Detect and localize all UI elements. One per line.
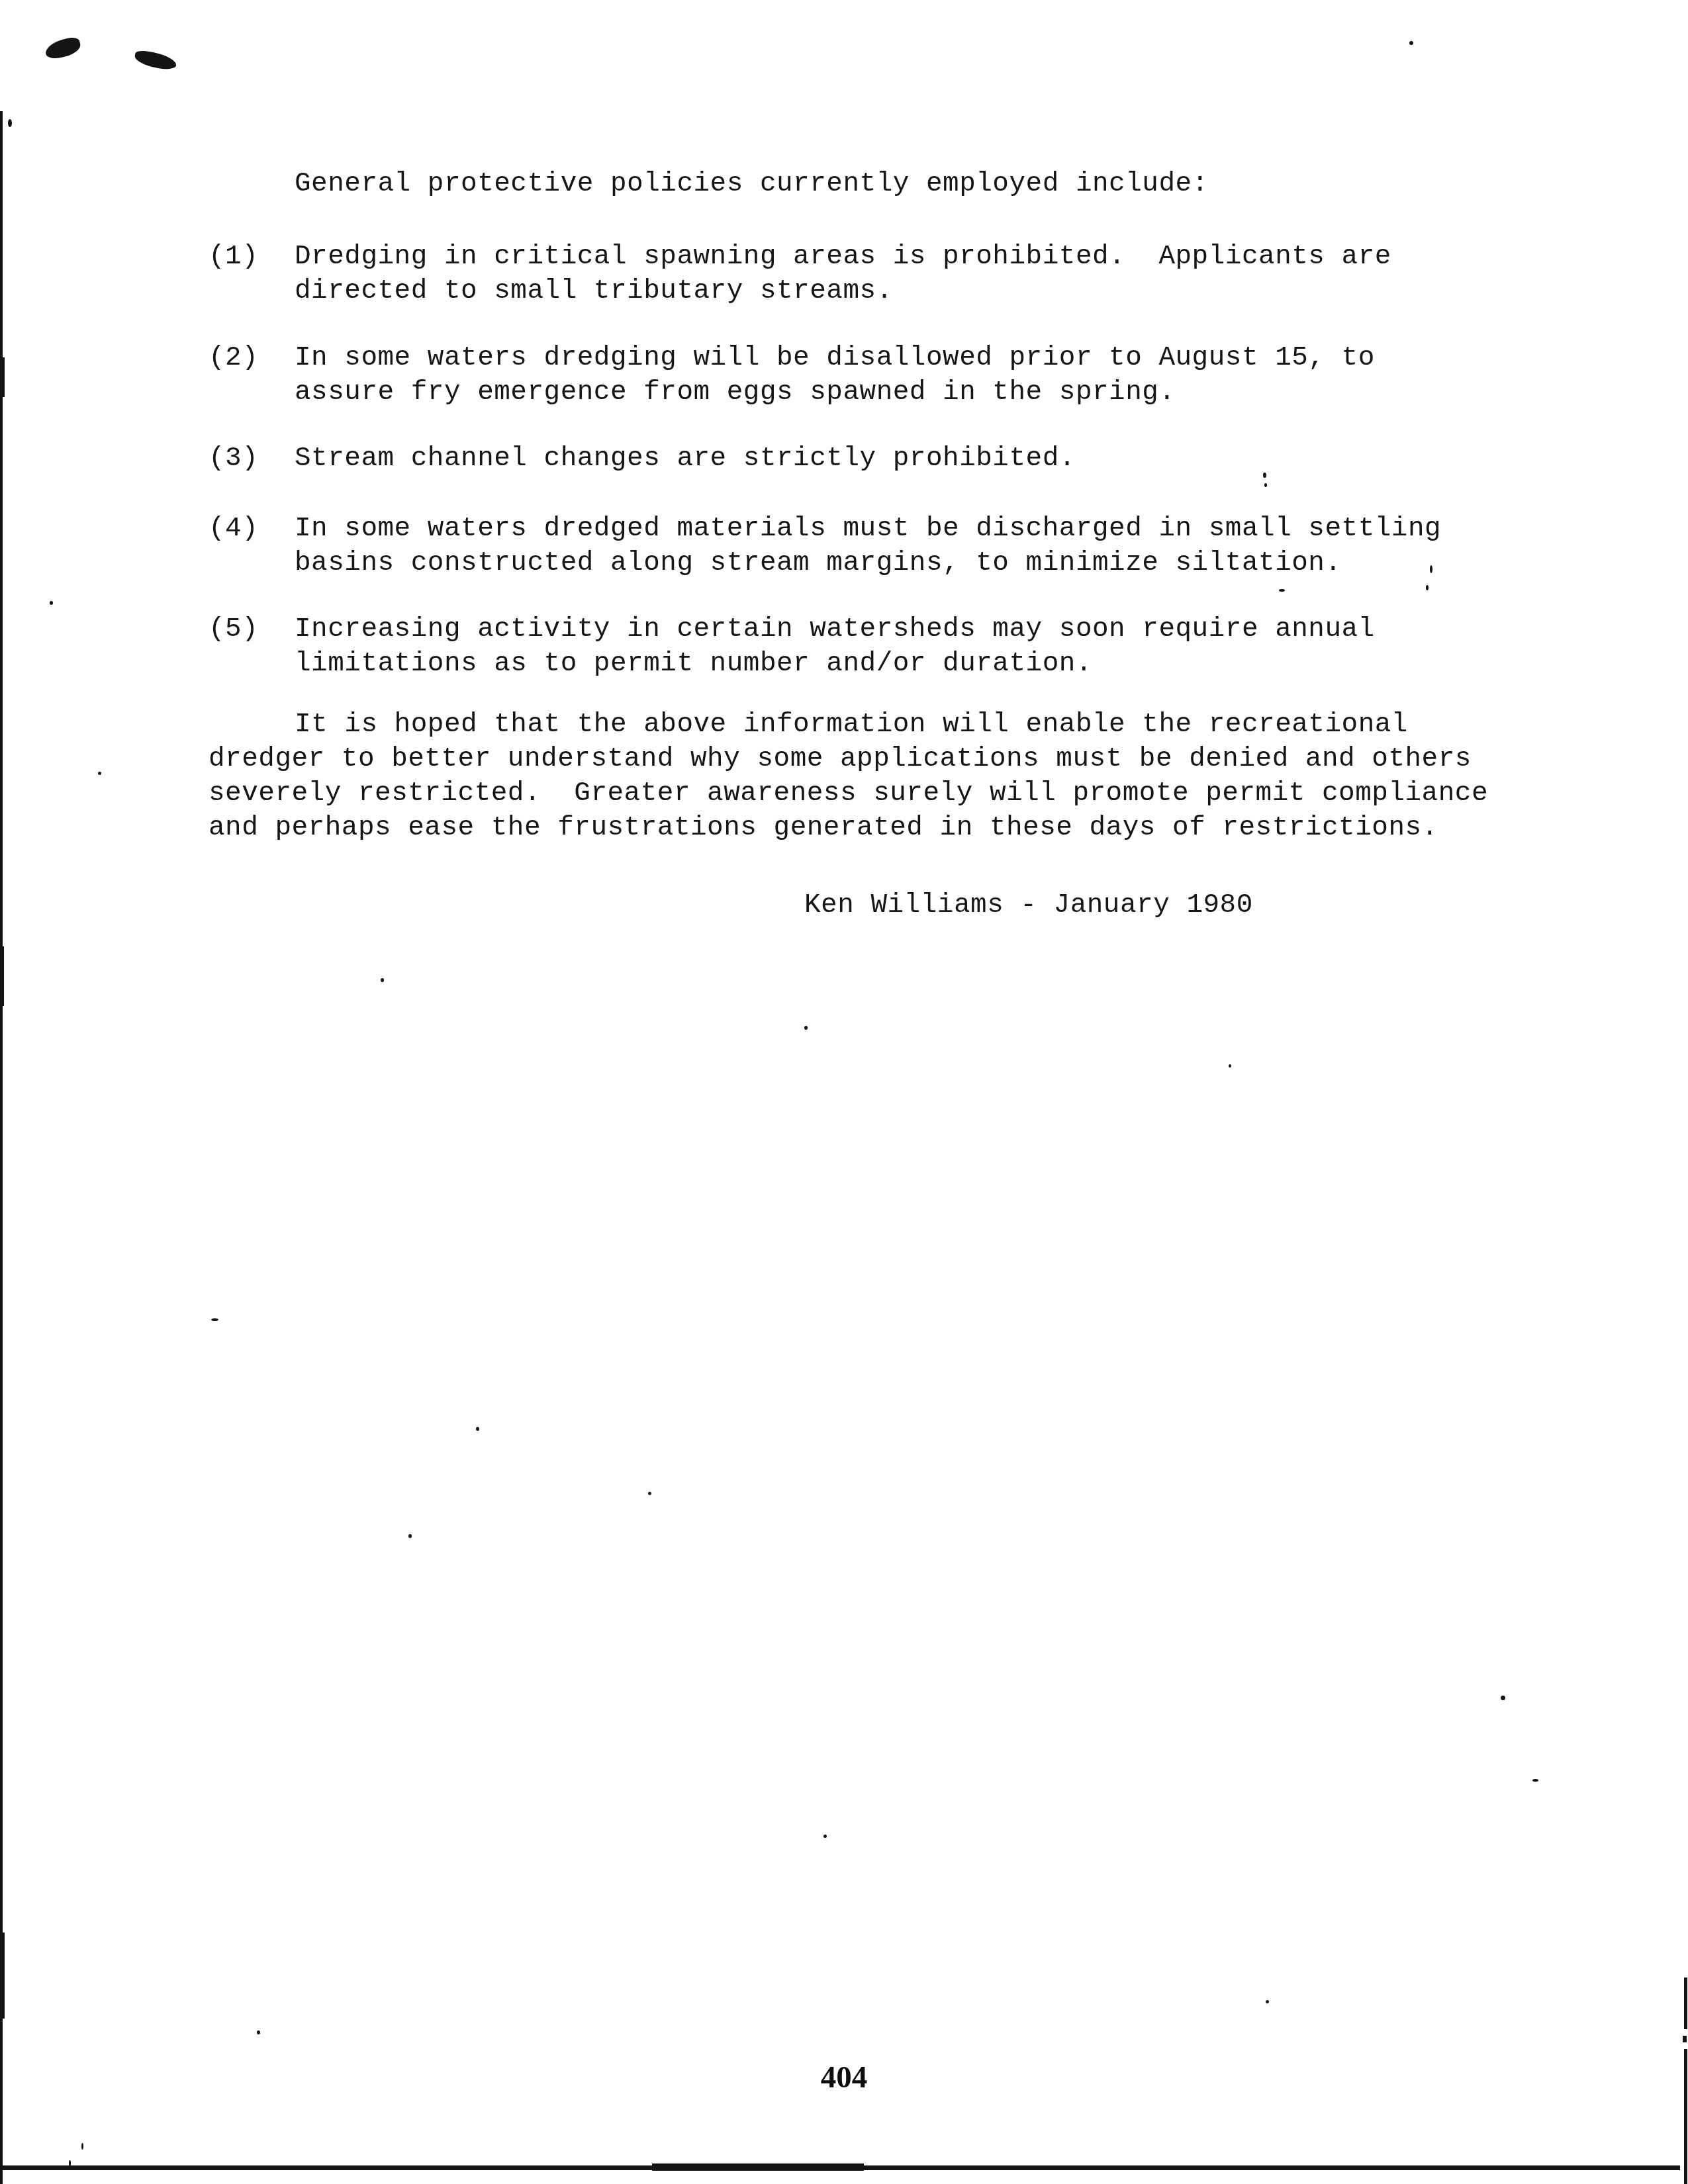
list-item-number: (1) xyxy=(209,240,295,274)
closing-paragraph: It is hoped that the above information w… xyxy=(209,707,1566,845)
edge-line-bottom-thick xyxy=(652,2163,864,2171)
speck xyxy=(476,1427,479,1431)
edge-line-left-blip xyxy=(0,357,5,397)
list-item-text: Increasing activity in certain watershed… xyxy=(295,612,1375,681)
speck xyxy=(98,772,101,775)
list-item-number: (3) xyxy=(209,441,295,476)
scanned-document-page: General protective policies currently em… xyxy=(0,0,1688,2184)
list-item: (2) In some waters dredging will be disa… xyxy=(209,341,1566,410)
speck xyxy=(1279,589,1285,592)
speck xyxy=(69,2160,71,2166)
edge-line-left xyxy=(0,111,3,2184)
speck xyxy=(804,1026,808,1030)
list-item-number: (5) xyxy=(209,612,295,647)
speck xyxy=(823,1835,827,1838)
list-item-number: (2) xyxy=(209,341,295,375)
speck xyxy=(1266,2000,1269,2003)
speck xyxy=(1264,483,1267,487)
list-item-text: Stream channel changes are strictly proh… xyxy=(295,441,1076,476)
intro-line: General protective policies currently em… xyxy=(209,167,1566,201)
speck xyxy=(381,978,384,982)
speck xyxy=(1426,585,1429,590)
list-item-number: (4) xyxy=(209,512,295,546)
ink-blob xyxy=(133,49,177,71)
list-item: (5) Increasing activity in certain water… xyxy=(209,612,1566,681)
speck xyxy=(1229,1064,1231,1068)
edge-line-left-blip xyxy=(0,1933,5,2019)
speck xyxy=(1409,41,1413,45)
page-number: 404 xyxy=(821,2060,868,2095)
speck xyxy=(1532,1779,1538,1782)
list-item: (3) Stream channel changes are strictly … xyxy=(209,441,1566,476)
list-item-text: In some waters dredging will be disallow… xyxy=(295,341,1375,410)
ink-blob xyxy=(44,36,83,61)
speck xyxy=(648,1492,651,1495)
speck xyxy=(1501,1696,1505,1700)
speck xyxy=(1430,565,1432,573)
list-item: (1) Dredging in critical spawning areas … xyxy=(209,240,1566,308)
speck xyxy=(8,119,12,127)
list-item: (4) In some waters dredged materials mus… xyxy=(209,512,1566,580)
list-item-text: In some waters dredged materials must be… xyxy=(295,512,1441,580)
document-body: General protective policies currently em… xyxy=(209,167,1566,923)
speck xyxy=(50,601,53,605)
speck xyxy=(257,2030,260,2034)
edge-line-right xyxy=(1684,1978,1687,2029)
edge-line-left-blip xyxy=(0,946,4,1006)
list-item-text: Dredging in critical spawning areas is p… xyxy=(295,240,1391,308)
edge-line-right-dash xyxy=(1683,2036,1687,2042)
speck xyxy=(211,1318,218,1321)
speck xyxy=(408,1534,412,1538)
speck xyxy=(81,2143,83,2150)
edge-line-right xyxy=(1684,2049,1687,2184)
speck xyxy=(1263,473,1266,478)
signature-line: Ken Williams - January 1980 xyxy=(804,888,1566,923)
